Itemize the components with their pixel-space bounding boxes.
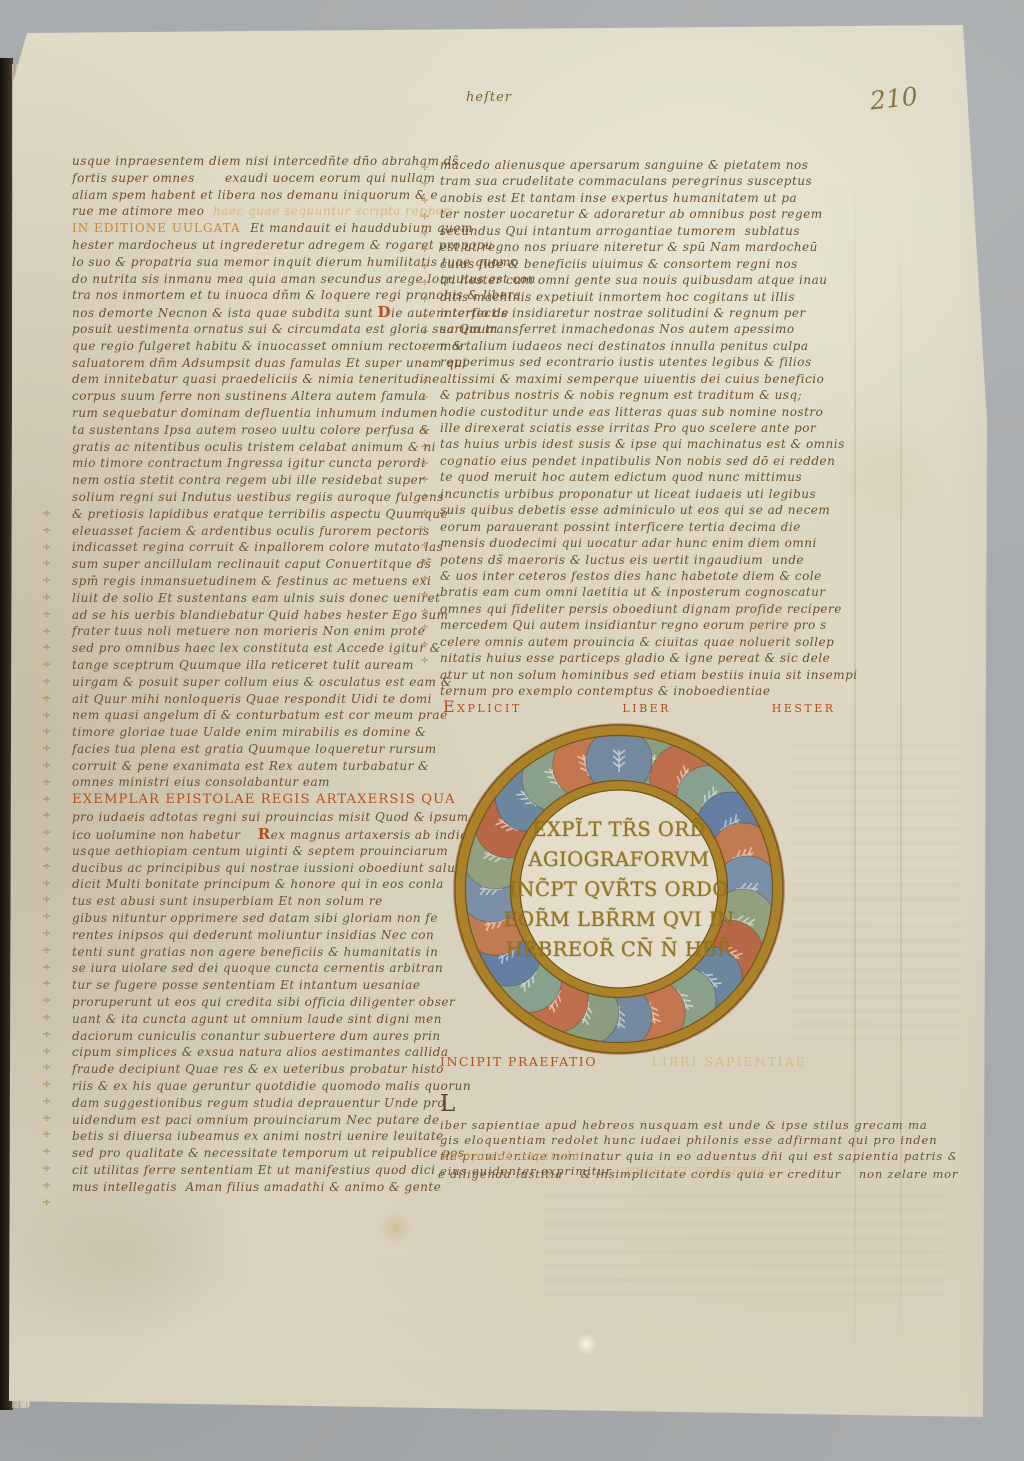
obelus-mark: ÷ bbox=[42, 540, 51, 557]
text-segment: tri hester cum omni gente sua nouis quib… bbox=[440, 273, 828, 287]
obelus-mark: ÷ bbox=[420, 505, 429, 521]
obelus-mark: ÷ bbox=[42, 1077, 51, 1094]
obelus-mark: ÷ bbox=[420, 538, 429, 554]
text-line: aliam spem habent et libera nos demanu i… bbox=[72, 187, 438, 204]
obelus-mark: ÷ bbox=[420, 456, 429, 472]
text-line: interfectis insidiaretur nostrae solitud… bbox=[440, 305, 814, 321]
left-margin-obeli: ÷÷÷÷÷÷÷÷÷÷÷÷÷÷÷÷÷÷÷÷÷÷÷÷÷÷÷÷÷÷÷÷÷÷÷÷÷÷÷÷… bbox=[42, 506, 51, 1211]
text-segment: saluatorem dñm Adsumpsit duas famulas Et… bbox=[72, 356, 467, 370]
obelus-mark: ÷ bbox=[420, 439, 429, 455]
text-segment: & patribus nostris & nobis regnum est tr… bbox=[440, 388, 802, 402]
text-segment: liuit de solio Et sustentans eam ulnis s… bbox=[72, 591, 440, 605]
text-segment: suis quibus debetis esse adminiculo ut e… bbox=[440, 503, 830, 517]
text-segment: ter noster uocaretur & adoraretur ab omn… bbox=[440, 207, 823, 221]
text-segment: altissimi & maximi semperque uiuentis de… bbox=[440, 372, 824, 386]
text-segment: riis & ex his quae geruntur quotdidie qu… bbox=[72, 1079, 471, 1093]
text-line: suis quibus debetis esse adminiculo ut e… bbox=[440, 502, 814, 518]
obelus-mark: ÷ bbox=[420, 242, 429, 258]
text-line: iber sapientiae apud hebreos nusquam est… bbox=[440, 1118, 955, 1133]
text-line: mus intellegatis Aman filius amadathi & … bbox=[72, 1179, 438, 1196]
text-segment: mercedem Qui autem insidiantur regno eor… bbox=[440, 618, 827, 632]
obelus-mark: ÷ bbox=[42, 1195, 51, 1212]
text-line: & patribus nostris & nobis regnum est tr… bbox=[440, 387, 814, 403]
text-segment: potens ds̃ maeroris & luctus eis uertit … bbox=[440, 553, 804, 567]
text-segment: celere omnis autem prouincia & ciuitas q… bbox=[440, 635, 834, 649]
preface-text: L iber sapientiae apud hebreos nusquam e… bbox=[440, 1076, 955, 1208]
text-segment: D bbox=[378, 303, 392, 321]
obelus-mark: ÷ bbox=[42, 573, 51, 590]
text-line: tenti sunt gratias non agere beneficiis … bbox=[72, 944, 438, 961]
text-line: hester mardocheus ut ingrederetur adrege… bbox=[72, 237, 438, 254]
text-segment: eleuasset faciem & ardentibus oculis fur… bbox=[72, 524, 430, 538]
text-segment: tas huius urbis idest susis & ipse qui m… bbox=[440, 437, 845, 451]
manuscript-photo: { "meta": { "running_title": "heſter", "… bbox=[0, 0, 1024, 1461]
obelus-mark: ÷ bbox=[420, 160, 429, 176]
inscription-line: EOR̃M LBR̃RM QVI IN bbox=[503, 908, 734, 931]
text-segment: ait Quur mihi nonloqueris Quae respondit… bbox=[72, 692, 432, 706]
obelus-mark: ÷ bbox=[42, 724, 51, 741]
text-segment: & uos inter ceteros festos dies hanc hab… bbox=[440, 569, 822, 583]
text-line: gratis ac nitentibus oculis tristem cela… bbox=[72, 439, 438, 456]
text-segment: macedo alienusque apersarum sanguine & p… bbox=[440, 158, 808, 172]
obelus-mark: ÷ bbox=[42, 640, 51, 657]
text-line: eorum parauerant possint interficere ter… bbox=[440, 519, 814, 535]
obelus-mark: ÷ bbox=[42, 506, 51, 523]
obelus-mark: ÷ bbox=[420, 341, 429, 357]
text-line: mercedem Qui autem insidiantur regno eor… bbox=[440, 617, 814, 633]
obelus-mark: ÷ bbox=[420, 193, 429, 209]
obelus-mark: ÷ bbox=[420, 423, 429, 439]
text-line: ta sustentans Ipsa autem roseo uultu col… bbox=[72, 422, 438, 439]
text-line: hodie custoditur unde eas litteras quas … bbox=[440, 404, 814, 420]
text-segment: ditis machinis expetiuit inmortem hoc co… bbox=[440, 290, 795, 304]
obelus-mark: ÷ bbox=[42, 741, 51, 758]
text-segment: iber sapientiae apud hebreos nusquam est… bbox=[440, 1118, 928, 1132]
text-segment: cit utilitas ferre sententiam Et ut mani… bbox=[72, 1163, 435, 1177]
text-segment: haec quae sequuntur scripta repperi bbox=[213, 204, 454, 218]
obelus-mark: ÷ bbox=[420, 472, 429, 488]
text-line: tra nos inmortem et tu inuoca dñm & loqu… bbox=[72, 287, 438, 304]
text-segment: ducibus ac principibus qui nostrae iussi… bbox=[72, 861, 480, 875]
obelus-mark: ÷ bbox=[420, 555, 429, 571]
left-text-column: usque inpraesentem diem nisi intercedñte… bbox=[72, 153, 438, 1196]
text-segment: omnes qui fideliter persis oboediunt dig… bbox=[440, 602, 842, 616]
inscription-line: INC̃PT QVR̃TS ORDO bbox=[509, 878, 729, 901]
text-line: do nutrita sis inmanu mea quia aman secu… bbox=[72, 271, 438, 288]
text-segment: cipum simplices & exsua natura alios aes… bbox=[72, 1045, 449, 1059]
obelus-mark: ÷ bbox=[42, 758, 51, 775]
text-segment: R bbox=[258, 825, 271, 843]
text-line: bratis eam cum omni laetitia ut & inpost… bbox=[440, 584, 814, 600]
capitula-first-line: e diligenda iustitia & insimplicitate co… bbox=[438, 1167, 958, 1181]
text-line: uirgam & posuit super collum eius & oscu… bbox=[72, 674, 438, 691]
text-segment: & pretiosis lapidibus eratque terribilis… bbox=[72, 507, 448, 521]
text-line: tri hester cum omni gente sua nouis quib… bbox=[440, 272, 814, 288]
text-line: proruperunt ut eos qui credita sibi offi… bbox=[72, 994, 438, 1011]
text-segment: nitatis huius esse particeps gladio & ig… bbox=[440, 651, 830, 665]
text-line: ducibus ac principibus qui nostrae iussi… bbox=[72, 860, 438, 877]
text-line: gis eloquentiam redolet hunc iudaei phil… bbox=[440, 1133, 955, 1148]
obelus-mark: ÷ bbox=[420, 308, 429, 324]
obelus-mark: ÷ bbox=[420, 620, 429, 636]
text-segment: fraude decipiunt Quae res & ex ueteribus… bbox=[72, 1062, 444, 1076]
text-segment: atur ut non solum hominibus sed etiam be… bbox=[440, 668, 858, 682]
text-segment: tus est abusi sunt insuperbiam Et non so… bbox=[72, 894, 383, 908]
rubric-line: EXEMPLAR EPISTOLAE REGIS ARTAXERSIS QUA bbox=[72, 791, 438, 809]
text-line: spm̃ regis inmansuetudinem & festinus ac… bbox=[72, 573, 438, 590]
text-segment: hester mardocheus ut ingrederetur adrege… bbox=[72, 238, 493, 252]
text-line: omnes qui fideliter persis oboediunt dig… bbox=[440, 601, 814, 617]
text-line: rentes inipsos qui dederunt moliuntur in… bbox=[72, 927, 438, 944]
text-line: & uos inter ceteros festos dies hanc hab… bbox=[440, 568, 814, 584]
text-line: nem quasi angelum dī & conturbatum est c… bbox=[72, 707, 438, 724]
text-segment: anobis est Et tantam inse expertus human… bbox=[440, 191, 797, 205]
obelus-mark: ÷ bbox=[42, 1010, 51, 1027]
text-segment: fortis super omnes exaudi uocem eorum qu… bbox=[72, 171, 435, 185]
text-segment: nem ostia stetit contra regem ubi ille r… bbox=[72, 473, 424, 487]
text-line: sarum transferret inmachedonas Nos autem… bbox=[440, 321, 814, 337]
text-segment: posuit uestimenta ornatus sui & circumda… bbox=[72, 322, 498, 336]
text-segment: tur se fugere posse sententiam Et intant… bbox=[72, 978, 420, 992]
obelus-mark: ÷ bbox=[42, 1127, 51, 1144]
text-segment: sum super ancillulam reclinauit caput Co… bbox=[72, 557, 431, 571]
obelus-mark: ÷ bbox=[42, 1060, 51, 1077]
obelus-mark: ÷ bbox=[420, 292, 429, 308]
text-segment: repperimus sed econtrario iustis utentes… bbox=[440, 355, 812, 369]
obelus-mark: ÷ bbox=[42, 708, 51, 725]
text-segment: se iura uiolare sed dei quoque cuncta ce… bbox=[72, 961, 443, 975]
obelus-mark: ÷ bbox=[420, 489, 429, 505]
text-segment: cognatio eius pendet inpatibulis Non nob… bbox=[440, 454, 835, 468]
obelus-mark: ÷ bbox=[42, 909, 51, 926]
text-segment: timore gloriae tuae Ualde enim mirabilis… bbox=[72, 725, 426, 739]
text-line: nem ostia stetit contra regem ubi ille r… bbox=[72, 472, 438, 489]
manuscript-page: heſter 210 usque inpraesentem diem nisi … bbox=[0, 0, 1024, 1461]
medallion-inscription: EXPL̃T TR̃S ORD̃AGIOGRAFORVMINC̃PT QVR̃T… bbox=[452, 722, 786, 1056]
obelus-mark: ÷ bbox=[420, 604, 429, 620]
text-segment: mortalium iudaeos neci destinatos innull… bbox=[440, 339, 809, 353]
text-line: ter noster uocaretur & adoraretur ab omn… bbox=[440, 206, 814, 222]
text-segment: eorum parauerant possint interficere ter… bbox=[440, 520, 801, 534]
text-segment: ad se his uerbis blandiebatur Quid habes… bbox=[72, 608, 449, 622]
text-line: mortalium iudaeos neci destinatos innull… bbox=[440, 338, 814, 354]
obelus-mark: ÷ bbox=[420, 176, 429, 192]
text-line: repperimus sed econtrario iustis utentes… bbox=[440, 354, 814, 370]
obelus-mark: ÷ bbox=[420, 407, 429, 423]
obelus-mark: ÷ bbox=[42, 523, 51, 540]
initial-L: L bbox=[440, 1090, 456, 1118]
text-line: altissimi & maximi semperque uiuentis de… bbox=[440, 371, 814, 387]
text-segment: uirgam & posuit super collum eius & oscu… bbox=[72, 675, 452, 689]
text-line: sum super ancillulam reclinauit caput Co… bbox=[72, 556, 438, 573]
obelus-mark: ÷ bbox=[42, 792, 51, 809]
text-line: pro iudaeis adtotas regni sui prouincias… bbox=[72, 809, 438, 826]
text-segment: ille direxerat sciatis esse irritas Pro … bbox=[440, 421, 816, 435]
text-segment: rum sequebatur dominam defluentia inhumu… bbox=[72, 406, 438, 420]
obelus-mark: ÷ bbox=[42, 960, 51, 977]
text-segment: uidendum est paci omnium prouinciarum Ne… bbox=[72, 1113, 440, 1127]
obelus-mark: ÷ bbox=[42, 892, 51, 909]
text-line: est ut regno nos priuare niteretur & spū… bbox=[440, 239, 814, 255]
obelus-mark: ÷ bbox=[42, 775, 51, 792]
wreath-medallion: EXPL̃T TR̃S ORD̃AGIOGRAFORVMINC̃PT QVR̃T… bbox=[452, 722, 786, 1056]
text-line: ditis machinis expetiuit inmortem hoc co… bbox=[440, 289, 814, 305]
text-line: cipum simplices & exsua natura alios aes… bbox=[72, 1044, 438, 1061]
obelus-mark: ÷ bbox=[420, 522, 429, 538]
folio-number: 210 bbox=[869, 82, 919, 116]
obelus-mark: ÷ bbox=[42, 1027, 51, 1044]
text-segment: tram sua crudelitate commaculans peregri… bbox=[440, 174, 812, 188]
text-segment: dam suggestionibus regum studia deprauen… bbox=[72, 1096, 445, 1110]
text-line: uidendum est paci omnium prouinciarum Ne… bbox=[72, 1112, 438, 1129]
text-segment: dicit Multi bonitate principum & honore … bbox=[72, 877, 444, 891]
text-segment: uant & ita cuncta agunt ut omnium laude … bbox=[72, 1012, 442, 1026]
obelus-mark: ÷ bbox=[420, 390, 429, 406]
text-segment: proruperunt ut eos qui credita sibi offi… bbox=[72, 995, 455, 1009]
obelus-mark: ÷ bbox=[42, 1178, 51, 1195]
text-segment: ta sustentans Ipsa autem roseo uultu col… bbox=[72, 423, 430, 437]
text-line: riis & ex his quae geruntur quotdidie qu… bbox=[72, 1078, 438, 1095]
text-segment: betis si diuersa iubeamus ex animi nostr… bbox=[72, 1129, 444, 1143]
text-line: IN EDITIONE UULGATA Et mandauit ei haudd… bbox=[72, 220, 438, 237]
text-segment: usque aethiopiam centum uiginti & septem… bbox=[72, 844, 448, 858]
text-segment: sarum transferret inmachedonas Nos autem… bbox=[440, 322, 795, 336]
text-segment: mio timore contractum Ingressa igitur cu… bbox=[72, 456, 425, 470]
obelus-mark: ÷ bbox=[420, 357, 429, 373]
text-segment: ico uolumine non habetur bbox=[72, 828, 258, 842]
obelus-mark: ÷ bbox=[42, 1094, 51, 1111]
text-line: corpus suum ferre non sustinens Altera a… bbox=[72, 388, 438, 405]
text-line: que regio fulgeret habitu & inuocasset o… bbox=[72, 338, 438, 355]
text-segment: EXEMPLAR EPISTOLAE REGIS ARTAXERSIS QUA bbox=[72, 792, 456, 807]
obelus-mark: ÷ bbox=[42, 842, 51, 859]
text-line: sed pro qualitate & necessitate temporum… bbox=[72, 1145, 438, 1162]
inscription-line: EXPL̃T TR̃S ORD̃ bbox=[532, 818, 705, 841]
text-line: celere omnis autem prouincia & ciuitas q… bbox=[440, 634, 814, 650]
obelus-mark: ÷ bbox=[42, 1044, 51, 1061]
obelus-mark: ÷ bbox=[420, 653, 429, 669]
text-line: ille direxerat sciatis esse irritas Pro … bbox=[440, 420, 814, 436]
text-line: eleuasset faciem & ardentibus oculis fur… bbox=[72, 523, 438, 540]
text-line: facies tua plena est gratia Quumque loqu… bbox=[72, 741, 438, 758]
text-line: usque aethiopiam centum uiginti & septem… bbox=[72, 843, 438, 860]
obelus-mark: ÷ bbox=[42, 859, 51, 876]
text-line: omnes ministri eius consolabantur eam bbox=[72, 774, 438, 791]
text-segment: frater tuus noli metuere non morieris No… bbox=[72, 624, 425, 638]
text-segment: corruit & pene exanimata est Rex autem t… bbox=[72, 759, 429, 773]
text-line: lo suo & propatria sua memor inquit dier… bbox=[72, 254, 438, 271]
explicit-liber-hester-rubric: Explicit liber hester bbox=[443, 697, 836, 716]
incipiunt-capitula-rubric: Incipiunt capitula bbox=[442, 1148, 581, 1163]
rubric-faded: LIBRI SAPIENTIAE bbox=[652, 1054, 807, 1069]
running-title: heſter bbox=[466, 90, 512, 105]
text-segment: rentes inipsos qui dederunt moliuntur in… bbox=[72, 928, 434, 942]
text-segment: gibus nituntur opprimere sed datam sibi … bbox=[72, 911, 438, 925]
obelus-mark: ÷ bbox=[42, 674, 51, 691]
inscription-line: AGIOGRAFORVM bbox=[528, 848, 709, 871]
right-text-column: macedo alienusque apersarum sanguine & p… bbox=[440, 157, 814, 699]
obelus-mark: ÷ bbox=[420, 324, 429, 340]
text-line: tas huius urbis idest susis & ipse qui m… bbox=[440, 436, 814, 452]
text-line: ad se his uerbis blandiebatur Quid habes… bbox=[72, 607, 438, 624]
obelus-mark: ÷ bbox=[42, 607, 51, 624]
text-line: te quod meruit hoc autem edictum quod nu… bbox=[440, 469, 814, 485]
obelus-mark: ÷ bbox=[42, 556, 51, 573]
text-line: betis si diuersa iubeamus ex animi nostr… bbox=[72, 1128, 438, 1145]
text-segment: gis eloquentiam redolet hunc iudaei phil… bbox=[440, 1133, 938, 1147]
obelus-mark: ÷ bbox=[42, 657, 51, 674]
text-segment: bratis eam cum omni laetitia ut & inpost… bbox=[440, 585, 826, 599]
text-segment: daciorum cuniculis conantur subuertere d… bbox=[72, 1029, 441, 1043]
text-segment: secundus Qui intantum arrogantiae tumore… bbox=[440, 224, 800, 238]
text-line: cit utilitas ferre sententiam Et ut mani… bbox=[72, 1162, 438, 1179]
incipit-praefatio-rubric: INCIPIT PRAEFATIO LIBRI SAPIENTIAE bbox=[440, 1054, 807, 1069]
text-line: usque inpraesentem diem nisi intercedñte… bbox=[72, 153, 438, 170]
obelus-mark: ÷ bbox=[420, 259, 429, 275]
text-line: se iura uiolare sed dei quoque cuncta ce… bbox=[72, 960, 438, 977]
text-line: indicasset regina corruit & inpallorem c… bbox=[72, 539, 438, 556]
text-line: secundus Qui intantum arrogantiae tumore… bbox=[440, 223, 814, 239]
text-segment: cuius fide & beneficiis uiuimus & consor… bbox=[440, 257, 798, 271]
text-line: ait Quur mihi nonloqueris Quae respondit… bbox=[72, 691, 438, 708]
text-segment: ternum pro exemplo contemptus & inoboedi… bbox=[440, 684, 770, 698]
text-segment: nos demorte Necnon & ista quae subdita s… bbox=[72, 306, 378, 320]
text-line: & pretiosis lapidibus eratque terribilis… bbox=[72, 506, 438, 523]
text-segment: tange sceptrum Quumque illa reticeret tu… bbox=[72, 658, 414, 672]
obelus-mark: ÷ bbox=[420, 587, 429, 603]
obelus-mark: ÷ bbox=[42, 590, 51, 607]
text-line: potens ds̃ maeroris & luctus eis uertit … bbox=[440, 552, 814, 568]
text-line: liuit de solio Et sustentans eam ulnis s… bbox=[72, 590, 438, 607]
text-segment: te quod meruit hoc autem edictum quod nu… bbox=[440, 470, 802, 484]
obelus-mark: ÷ bbox=[42, 691, 51, 708]
text-segment: tenti sunt gratias non agere beneficiis … bbox=[72, 945, 438, 959]
text-segment: rue me atimore meo bbox=[72, 204, 213, 218]
obelus-mark: ÷ bbox=[420, 275, 429, 291]
inscription-line: HEBREOR̃ CN̄ N̄ HBR̄ bbox=[506, 938, 733, 961]
text-line: tange sceptrum Quumque illa reticeret tu… bbox=[72, 657, 438, 674]
text-segment: sed pro omnibus haec lex constituta est … bbox=[72, 641, 441, 655]
text-line: timore gloriae tuae Ualde enim mirabilis… bbox=[72, 724, 438, 741]
obelus-mark: ÷ bbox=[42, 943, 51, 960]
rubric-red: INCIPIT PRAEFATIO bbox=[440, 1054, 597, 1069]
text-line: dam suggestionibus regum studia deprauen… bbox=[72, 1095, 438, 1112]
obelus-mark: ÷ bbox=[42, 1144, 51, 1161]
obelus-mark: ÷ bbox=[420, 637, 429, 653]
text-line: fortis super omnes exaudi uocem eorum qu… bbox=[72, 170, 438, 187]
text-line: dem innitebatur quasi praedeliciis & nim… bbox=[72, 371, 438, 388]
text-segment: sed pro qualitate & necessitate temporum… bbox=[72, 1146, 465, 1160]
text-line: nitatis huius esse particeps gladio & ig… bbox=[440, 650, 814, 666]
text-line: solium regni sui Indutus uestibus regiis… bbox=[72, 489, 438, 506]
text-segment: solium regni sui Indutus uestibus regiis… bbox=[72, 490, 444, 504]
text-line: anobis est Et tantam inse expertus human… bbox=[440, 190, 814, 206]
text-line: daciorum cuniculis conantur subuertere d… bbox=[72, 1028, 438, 1045]
text-segment: nem quasi angelum dī & conturbatum est c… bbox=[72, 708, 448, 722]
obelus-mark: ÷ bbox=[420, 226, 429, 242]
text-segment: dem innitebatur quasi praedeliciis & nim… bbox=[72, 372, 440, 386]
text-line: frater tuus noli metuere non morieris No… bbox=[72, 623, 438, 640]
text-segment: mensis duodecimi qui uocatur adar hunc e… bbox=[440, 536, 817, 550]
obelus-mark: ÷ bbox=[420, 374, 429, 390]
text-line: gibus nituntur opprimere sed datam sibi … bbox=[72, 910, 438, 927]
text-segment: gratis ac nitentibus oculis tristem cela… bbox=[72, 440, 436, 454]
text-line: cuius fide & beneficiis uiuimus & consor… bbox=[440, 256, 814, 272]
text-segment: interfectis insidiaretur nostrae solitud… bbox=[440, 306, 806, 320]
text-segment: que regio fulgeret habitu & inuocasset o… bbox=[72, 339, 463, 353]
text-line: saluatorem dñm Adsumpsit duas famulas Et… bbox=[72, 355, 438, 372]
obelus-mark: ÷ bbox=[42, 624, 51, 641]
obelus-mark: ÷ bbox=[42, 976, 51, 993]
text-line: sed pro omnibus haec lex constituta est … bbox=[72, 640, 438, 657]
obelus-mark: ÷ bbox=[42, 1111, 51, 1128]
text-line: nos demorte Necnon & ista quae subdita s… bbox=[72, 304, 438, 321]
text-line: tus est abusi sunt insuperbiam Et non so… bbox=[72, 893, 438, 910]
text-segment: corpus suum ferre non sustinens Altera a… bbox=[72, 389, 426, 403]
text-segment: aliam spem habent et libera nos demanu i… bbox=[72, 188, 438, 202]
text-line: mensis duodecimi qui uocatur adar hunc e… bbox=[440, 535, 814, 551]
text-line: cognatio eius pendet inpatibulis Non nob… bbox=[440, 453, 814, 469]
text-segment: omnes ministri eius consolabantur eam bbox=[72, 775, 330, 789]
text-segment: est ut regno nos priuare niteretur & spū… bbox=[440, 240, 818, 254]
text-segment: ex magnus artaxersis ab india bbox=[271, 828, 468, 842]
text-segment: facies tua plena est gratia Quumque loqu… bbox=[72, 742, 437, 756]
text-segment: mus intellegatis Aman filius amadathi & … bbox=[72, 1180, 441, 1194]
text-segment: indicasset regina corruit & inpallorem c… bbox=[72, 540, 443, 554]
obelus-mark: ÷ bbox=[42, 876, 51, 893]
text-line: mio timore contractum Ingressa igitur cu… bbox=[72, 455, 438, 472]
text-line: uant & ita cuncta agunt ut omnium laude … bbox=[72, 1011, 438, 1028]
text-line: corruit & pene exanimata est Rex autem t… bbox=[72, 758, 438, 775]
text-line: rum sequebatur dominam defluentia inhumu… bbox=[72, 405, 438, 422]
text-line: ico uolumine non habetur Rex magnus arta… bbox=[72, 826, 438, 843]
obelus-mark: ÷ bbox=[42, 1161, 51, 1178]
obelus-mark: ÷ bbox=[42, 993, 51, 1010]
text-segment: hodie custoditur unde eas litteras quas … bbox=[440, 405, 823, 419]
obelus-mark: ÷ bbox=[420, 209, 429, 225]
text-line: dicit Multi bonitate principum & honore … bbox=[72, 876, 438, 893]
text-line: rue me atimore meo haec quae sequuntur s… bbox=[72, 203, 438, 220]
obelus-mark: ÷ bbox=[42, 926, 51, 943]
showthrough-text bbox=[792, 740, 962, 1040]
text-segment: usque inpraesentem diem nisi intercedñte… bbox=[72, 154, 459, 168]
text-line: macedo alienusque apersarum sanguine & p… bbox=[440, 157, 814, 173]
intercolumn-obeli: ÷÷÷÷÷÷÷÷÷÷÷÷÷÷÷÷÷÷÷÷÷÷÷÷÷÷÷÷÷÷÷ bbox=[420, 160, 429, 670]
obelus-mark: ÷ bbox=[42, 825, 51, 842]
text-line: atur ut non solum hominibus sed etiam be… bbox=[440, 667, 814, 683]
text-line: fraude decipiunt Quae res & ex ueteribus… bbox=[72, 1061, 438, 1078]
text-line: tram sua crudelitate commaculans peregri… bbox=[440, 173, 814, 189]
text-line: posuit uestimenta ornatus sui & circumda… bbox=[72, 321, 438, 338]
obelus-mark: ÷ bbox=[42, 808, 51, 825]
text-line: incunctis urbibus proponatur ut liceat i… bbox=[440, 486, 814, 502]
text-line: tur se fugere posse sententiam Et intant… bbox=[72, 977, 438, 994]
text-segment: spm̃ regis inmansuetudinem & festinus ac… bbox=[72, 574, 431, 588]
text-segment: incunctis urbibus proponatur ut liceat i… bbox=[440, 487, 816, 501]
text-segment: IN EDITIONE UULGATA bbox=[72, 221, 250, 235]
obelus-mark: ÷ bbox=[420, 571, 429, 587]
